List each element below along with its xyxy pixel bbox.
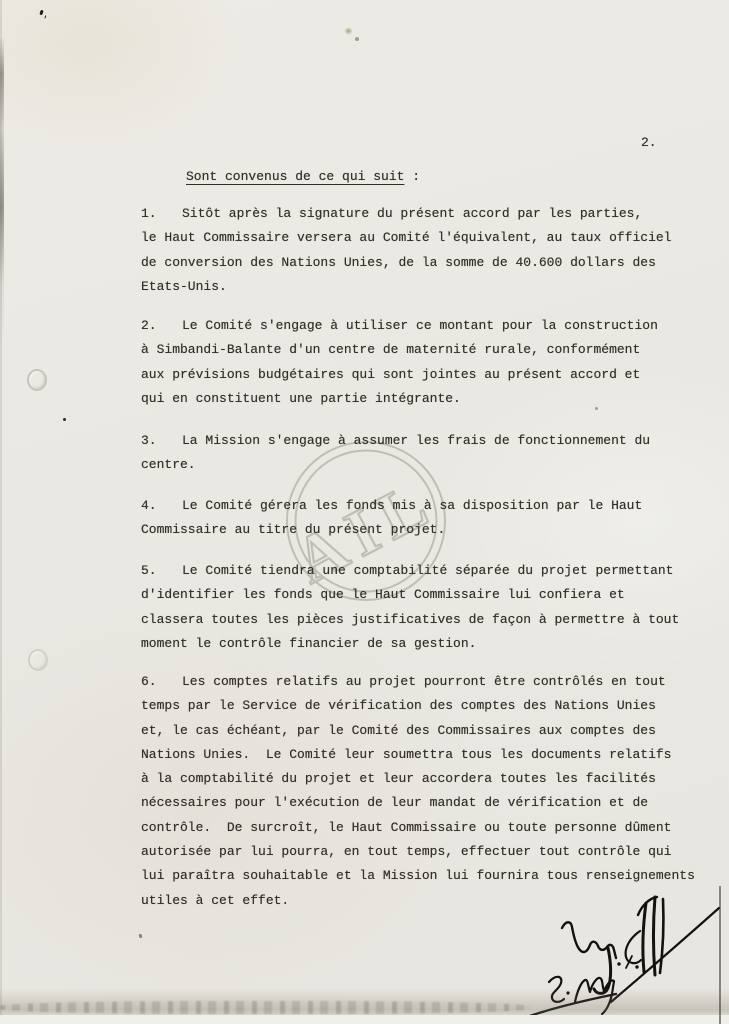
paragraph-5: 5. Le Comité tiendra une comptabilité sé… [141,559,679,656]
page-edge-grain-bottom [0,1001,530,1014]
scanned-document-page: AIL 2. Sont convenus de ce qui suit : 1.… [0,0,729,1024]
paragraph-number: 6. [141,670,157,694]
section-heading: Sont convenus de ce qui suit : [186,165,420,189]
signature-stroke [660,899,663,973]
stain-top-center [344,27,353,35]
ink-speck-top-left [39,10,43,16]
signature-stroke [643,903,646,972]
paragraph-4: 4. Le Comité gérera les fonds mis à sa d… [141,494,642,543]
signature-dot [635,965,638,968]
paragraph-number: 2. [141,314,157,338]
hole-punch-mark-lower [28,649,48,671]
hole-punch-mark-upper [27,369,47,391]
page-edge-shade-left [0,0,2,1024]
paragraph-text: Les comptes relatifs au projet pourront … [141,670,695,913]
ink-dot-right-margin [595,407,598,410]
paragraph-text: Le Comité tiendra une comptabilité sépar… [141,559,679,656]
signature-dot [617,962,620,965]
paragraph-2: 2. Le Comité s'engage à utiliser ce mont… [141,314,658,411]
paragraph-1: 1. Sitôt après la signature du présent a… [141,202,672,299]
page-edge-line-right [719,886,721,1024]
page-edge-strip-bottom [0,1015,729,1024]
paragraph-number: 3. [141,429,157,453]
ink-dot-left-margin [63,418,66,421]
paragraph-text: Le Comité s'engage à utiliser ce montant… [141,314,658,411]
signature-stroke [626,931,641,963]
page-number: 2. [641,131,657,155]
paragraph-6: 6. Les comptes relatifs au projet pourro… [141,670,695,913]
paragraph-text: Sitôt après la signature du présent acco… [141,202,672,299]
paragraph-number: 4. [141,494,157,518]
heading-colon: : [404,169,420,184]
paragraph-text: La Mission s'engage à assumer les frais … [141,429,650,478]
paragraph-text: Le Comité gérera les fonds mis à sa disp… [141,494,642,543]
stain-dot-top-center [355,37,359,41]
ink-dot-bottom-left [139,934,143,939]
paragraph-number: 5. [141,559,157,583]
paragraph-3: 3. La Mission s'engage à assumer les fra… [141,429,650,478]
paragraph-number: 1. [141,202,157,226]
signature-ink-right [611,897,719,1002]
heading-underlined-text: Sont convenus de ce qui suit [186,169,404,184]
